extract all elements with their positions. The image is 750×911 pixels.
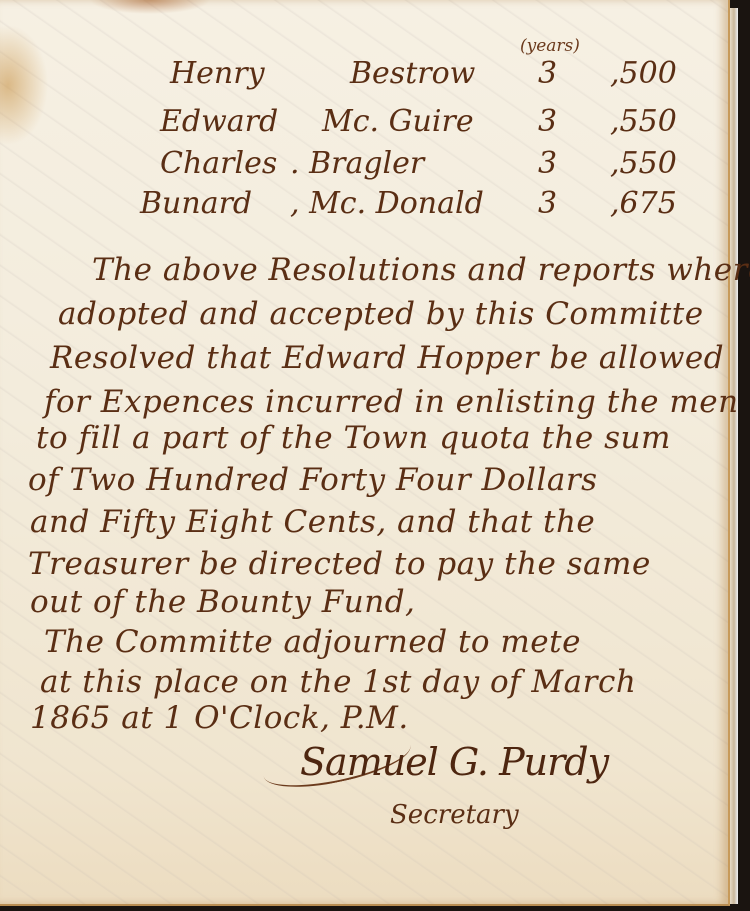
minutes-line: The Committe adjourned to mete [44,624,581,660]
minutes-line: 1865 at 1 O'Clock, P.M. [30,700,409,736]
years: 3 [538,146,557,181]
minutes-line: for Expences incurred in enlisting the m… [44,384,739,420]
page-edge [730,8,738,904]
first-name: Edward [160,104,278,139]
years: 3 [538,56,557,91]
secretary-title: Secretary [390,800,519,830]
years: 3 [538,104,557,139]
amount: ,675 [610,186,677,221]
minutes-line: to fill a part of the Town quota the sum [36,420,671,456]
amount: ,550 [610,146,677,181]
minutes-line: of Two Hundred Forty Four Dollars [28,462,598,498]
last-name: . Bragler [290,146,424,181]
first-name: Henry [170,56,265,91]
years: 3 [538,186,557,221]
first-name: Charles [160,146,277,181]
minutes-line: out of the Bounty Fund, [30,584,415,620]
minutes-line: Treasurer be directed to pay the same [28,546,651,582]
minutes-line: The above Resolutions and reports where [92,252,750,288]
secretary-signature: Samuel G. Purdy [300,740,608,784]
last-name: Bestrow [350,56,475,91]
amount: ,550 [610,104,677,139]
minutes-line: Resolved that Edward Hopper be allowed [50,340,724,376]
amount: ,500 [610,56,677,91]
last-name: Mc. Guire [322,104,474,139]
minutes-line: and Fifty Eight Cents, and that the [30,504,595,540]
last-name: , Mc. Donald [290,186,484,221]
minutes-line: at this place on the 1st day of March [40,664,636,700]
first-name: Bunard [140,186,252,221]
minutes-line: adopted and accepted by this Committe [58,296,704,332]
years-column-note: (years) [520,36,580,56]
